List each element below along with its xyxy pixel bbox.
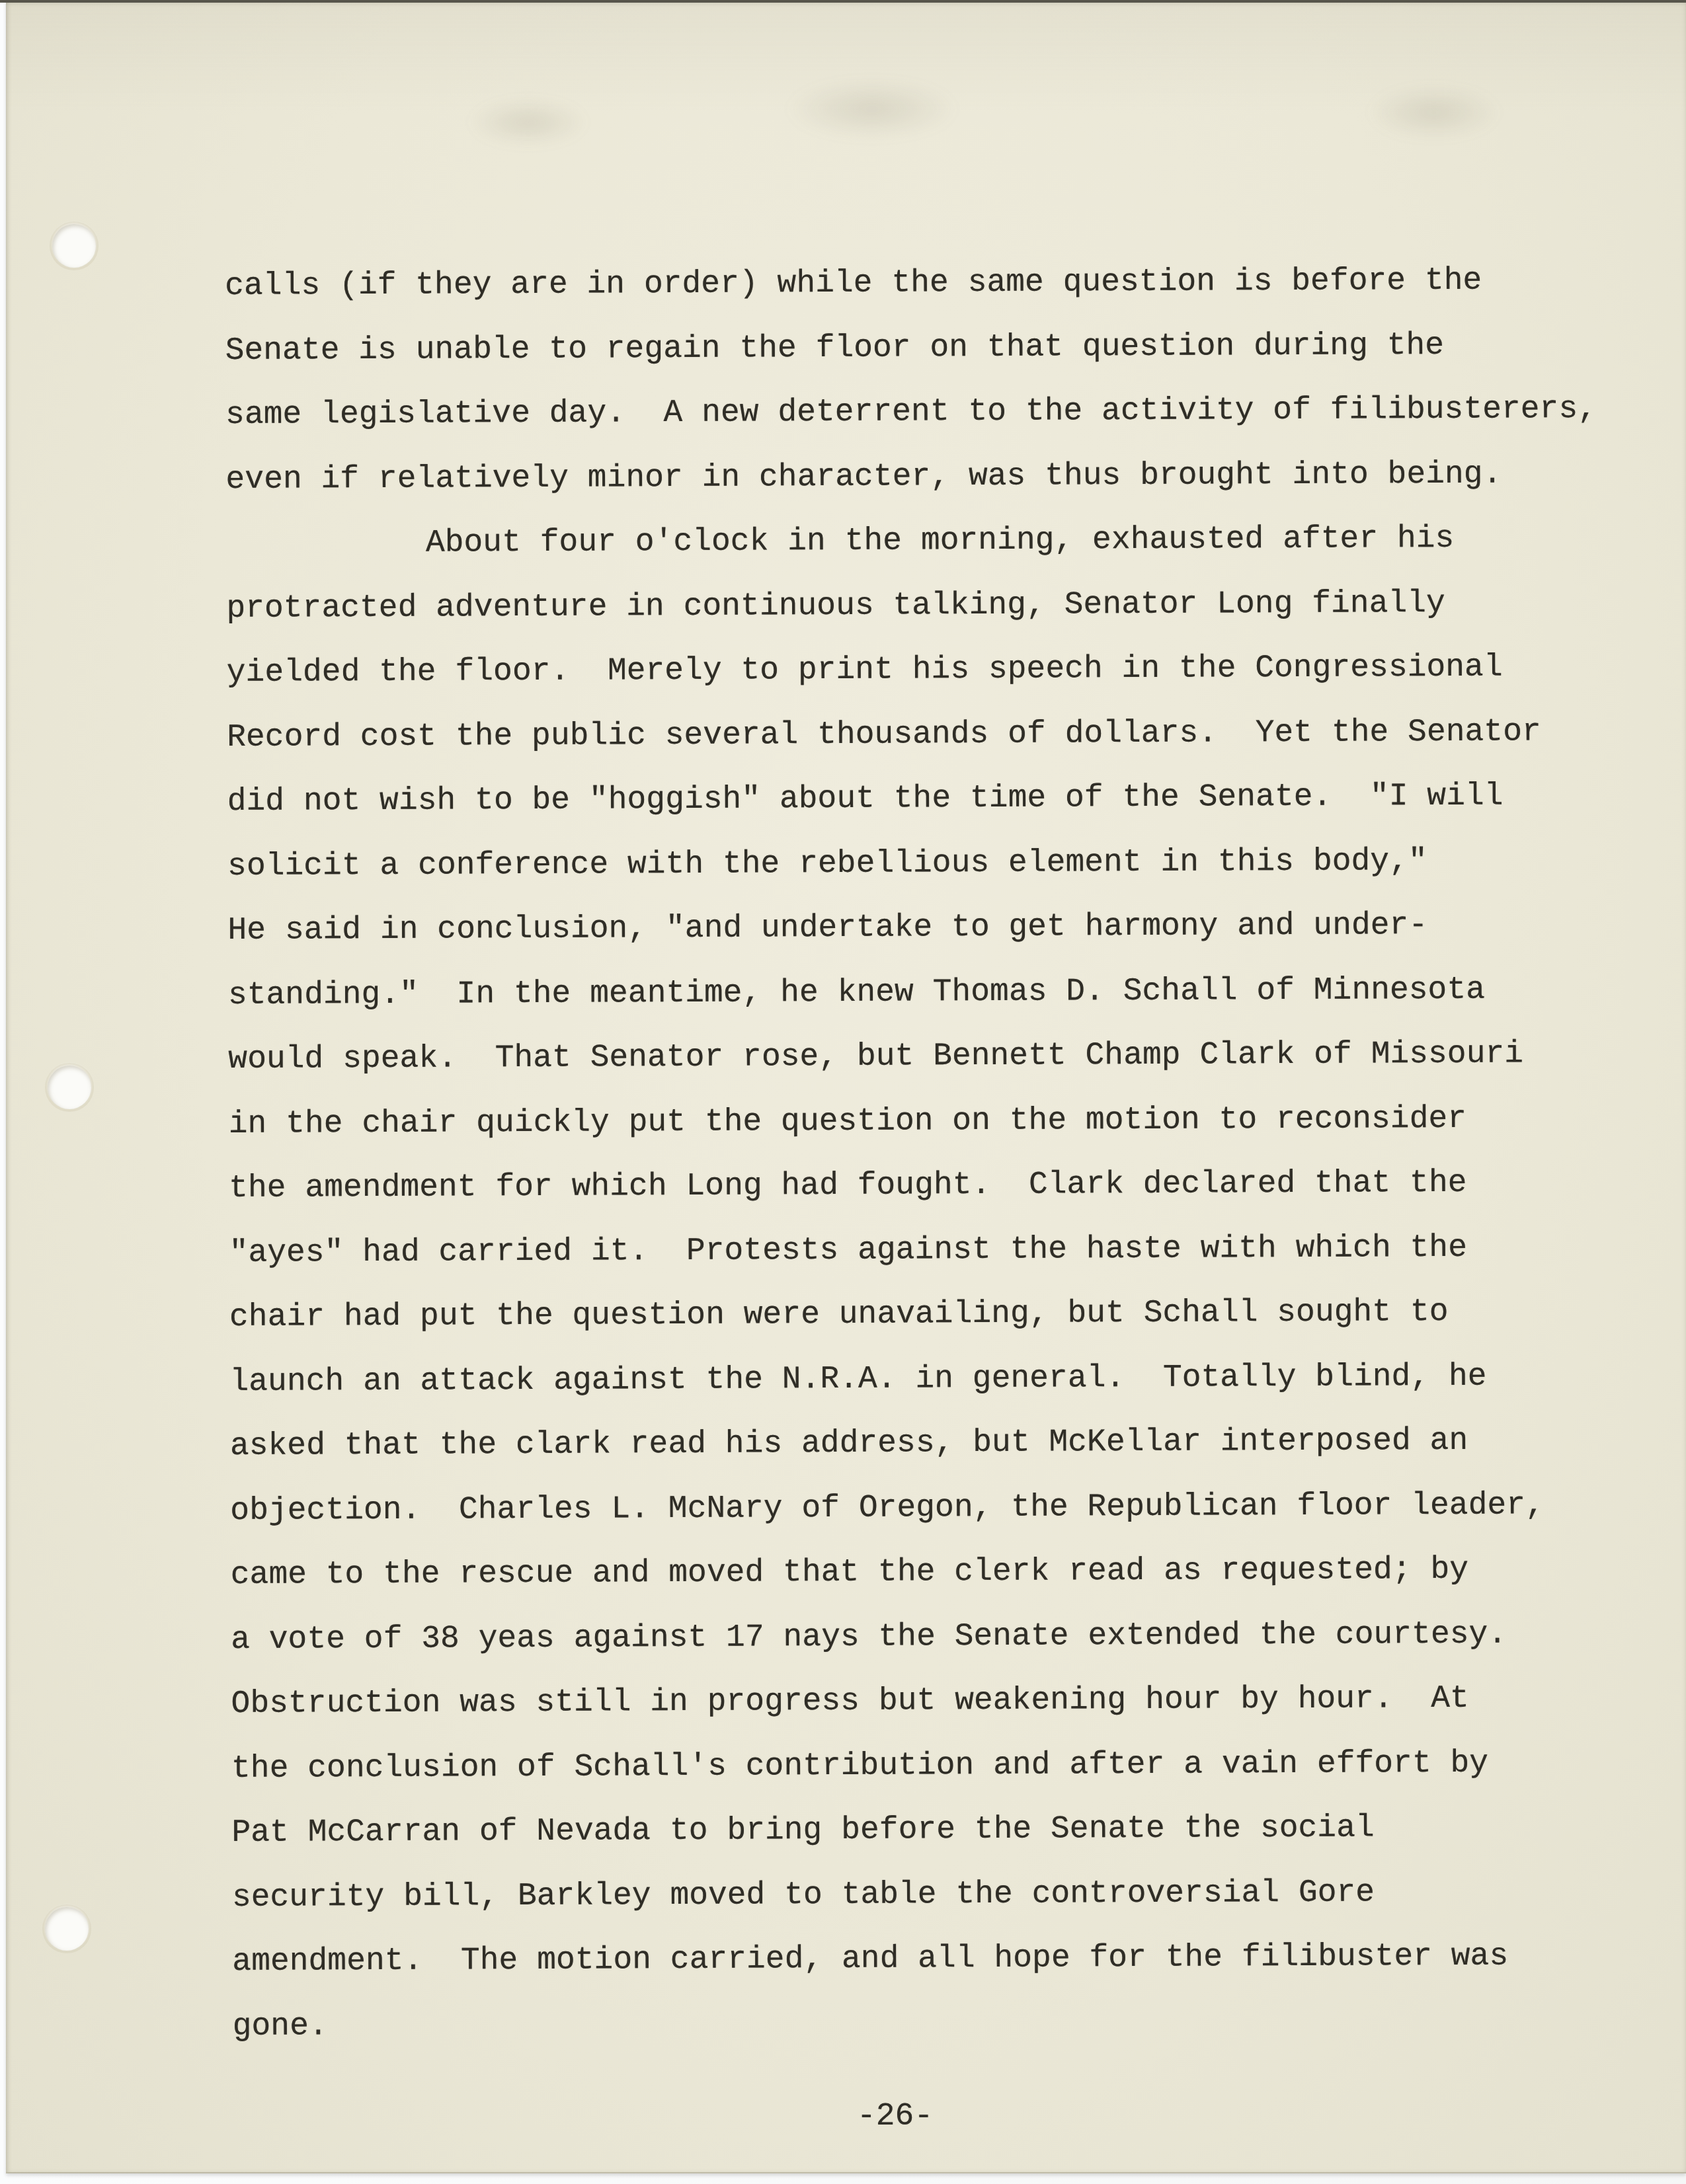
text-line: the conclusion of Schall's contribution … (231, 1731, 1603, 1801)
text-line: objection. Charles L. McNary of Oregon, … (230, 1473, 1601, 1543)
text-line: "ayes" had carried it. Protests against … (229, 1215, 1600, 1286)
text-line: chair had put the question were unavaili… (229, 1280, 1601, 1350)
text-line: even if relatively minor in character, w… (225, 442, 1597, 512)
scanned-page: calls (if they are in order) while the s… (6, 0, 1686, 2173)
text-line: solicit a conference with the rebellious… (227, 828, 1599, 899)
page-number: -26- (857, 2097, 933, 2136)
scan-top-edge (0, 0, 1686, 3)
text-line: amendment. The motion carried, and all h… (232, 1924, 1603, 1995)
text-line: Obstruction was still in progress but we… (231, 1666, 1602, 1737)
text-line: About four o'clock in the morning, exhau… (226, 506, 1597, 577)
text-line: Record cost the public several thousands… (227, 699, 1598, 770)
text-line: Pat McCarran of Nevada to bring before t… (231, 1795, 1603, 1866)
text-line: same legislative day. A new deterrent to… (225, 377, 1597, 448)
text-line: standing." In the meantime, he knew Thom… (228, 957, 1599, 1028)
text-line: gone. (232, 1988, 1603, 2059)
text-line: launch an attack against the N.R.A. in g… (229, 1344, 1601, 1415)
text-line: did not wish to be "hoggish" about the t… (227, 764, 1598, 835)
punch-hole-top (52, 224, 96, 268)
text-line: a vote of 38 yeas against 17 nays the Se… (231, 1602, 1602, 1672)
text-line: calls (if they are in order) while the s… (225, 249, 1596, 319)
typewritten-text: calls (if they are in order) while the s… (225, 249, 1604, 2059)
text-line: protracted adventure in continuous talki… (226, 570, 1597, 641)
text-line: Senate is unable to regain the floor on … (225, 313, 1596, 383)
text-line: the amendment for which Long had fought.… (229, 1151, 1600, 1222)
text-line: yielded the floor. Merely to print his s… (227, 635, 1598, 706)
scan-smudge (1368, 86, 1500, 139)
text-line: would speak. That Senator rose, but Benn… (228, 1022, 1599, 1093)
punch-hole-middle (48, 1066, 91, 1109)
text-line: He said in conclusion, "and undertake to… (227, 893, 1599, 964)
scan-smudge (469, 99, 588, 145)
punch-hole-bottom (45, 1907, 89, 1951)
text-line: came to the rescue and moved that the cl… (231, 1538, 1602, 1608)
text-line: in the chair quickly put the question on… (229, 1086, 1600, 1157)
scan-smudge (786, 79, 958, 139)
text-line: asked that the clark read his address, b… (230, 1409, 1601, 1479)
text-line: security bill, Barkley moved to table th… (232, 1859, 1603, 1930)
